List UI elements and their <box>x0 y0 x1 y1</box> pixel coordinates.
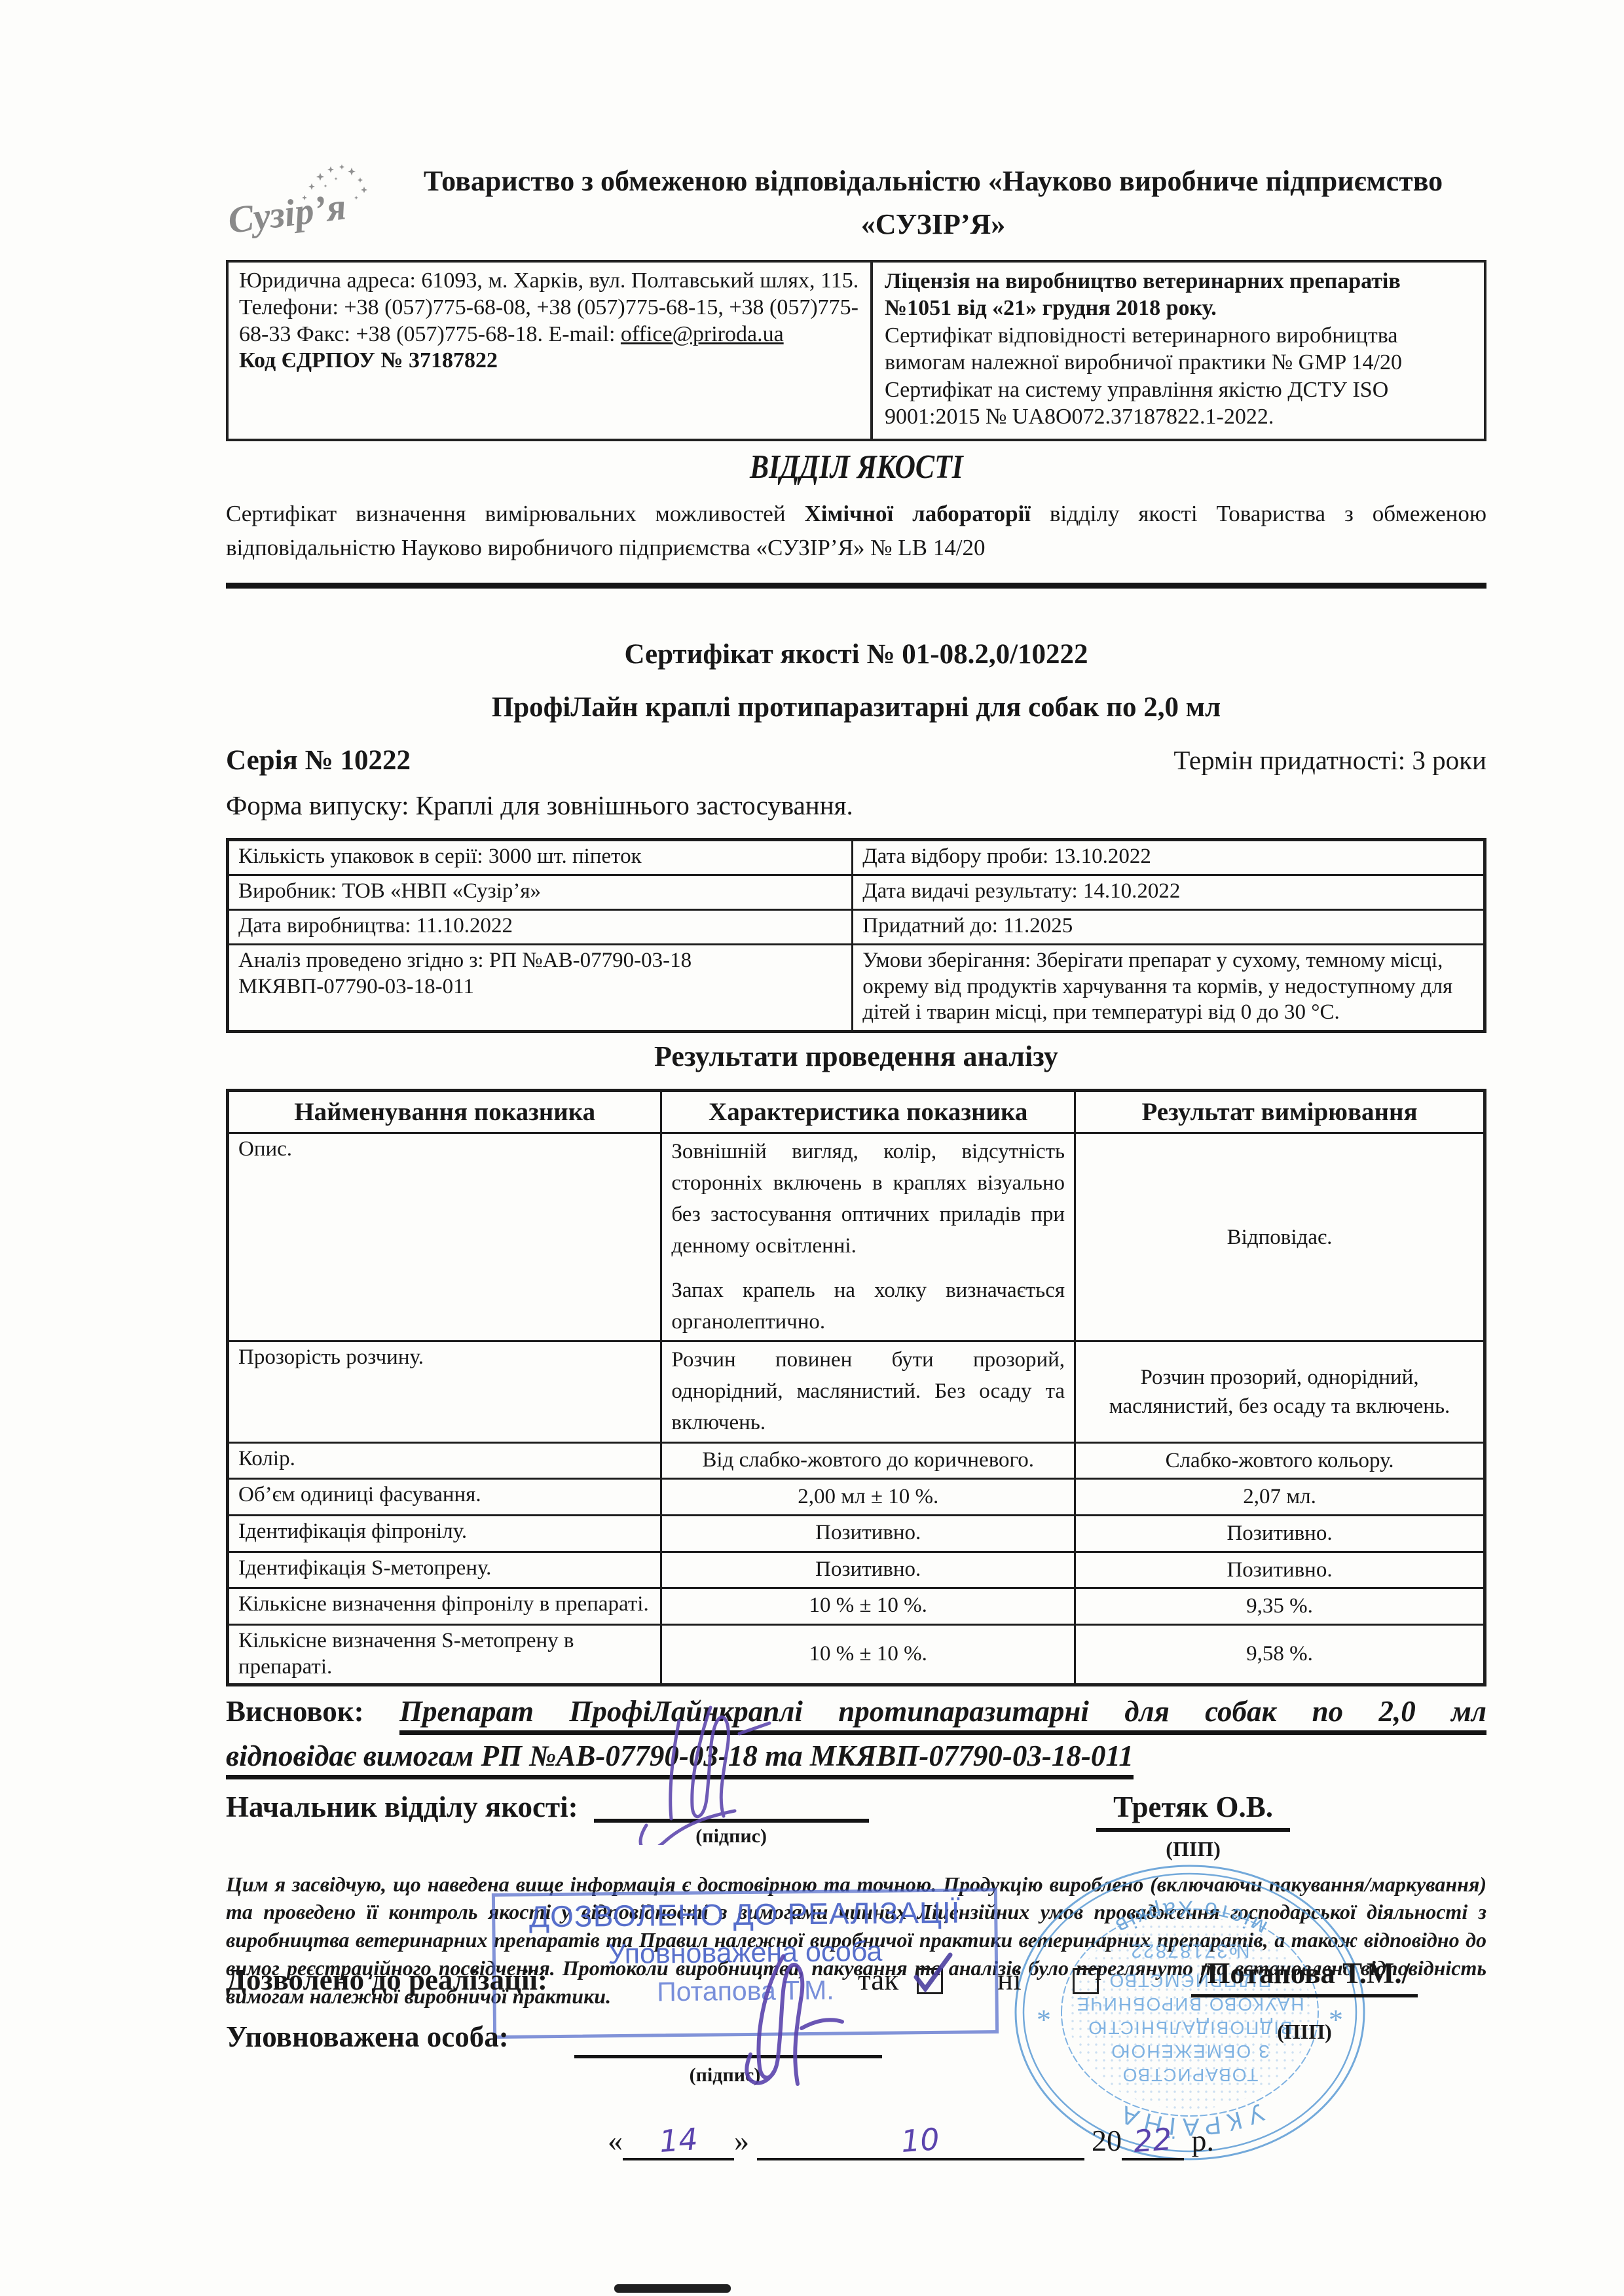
parameter-name: Об’єм одиниці фасування. <box>228 1479 661 1516</box>
company-title: Товариство з обмеженою відповідальністю … <box>380 157 1486 259</box>
table-row: Кількість упаковок в серії: 3000 шт. піп… <box>228 839 1485 875</box>
analysis-standard: Аналіз проведено згідно з: РП №АВ-07790-… <box>228 944 853 1032</box>
handwritten-month: 10 <box>900 2121 940 2159</box>
table-row: Дата виробництва: 11.10.2022 Придатний д… <box>228 909 1485 944</box>
table-row: Виробник: ТОВ «НВП «Сузір’я» Дата видачі… <box>228 875 1485 909</box>
authorized-name-area: /Потапова Т.М./ (ПІП) <box>1141 1956 1468 2044</box>
authorized-name: /Потапова Т.М./ <box>1191 1956 1418 1997</box>
production-date: Дата виробництва: 11.10.2022 <box>228 909 853 944</box>
expiry-date: Придатний до: 11.2025 <box>853 909 1485 944</box>
shelf-life: Термін придатності: 3 роки <box>1173 744 1486 776</box>
table-row: Ідентифікація S-метопрену. Позитивно. По… <box>228 1552 1485 1588</box>
release-form: Форма випуску: Краплі для зовнішнього за… <box>226 790 1486 821</box>
parameter-spec: 2,00 мл ± 10 %. <box>661 1479 1075 1516</box>
open-quote: « <box>608 2124 623 2157</box>
measurement-prefix: Сертифікат визначення вимірювальних можл… <box>226 501 804 526</box>
parameter-result: Позитивно. <box>1075 1552 1485 1588</box>
table-row: Прозорість розчину. Розчин повинен бути … <box>228 1341 1485 1443</box>
series-number: Серія № 10222 <box>226 744 411 776</box>
email-text: office@priroda.ua <box>621 322 784 346</box>
gmp-certificate: Сертифікат відповідності ветеринарного в… <box>885 322 1472 376</box>
column-header-parameter: Найменування показника <box>228 1091 661 1133</box>
table-row: Колір. Від слабко-жовтого до коричневого… <box>228 1442 1485 1479</box>
yes-checkmark <box>907 1947 958 1998</box>
authorized-person-row: Уповноважена особа: (підпис) <box>226 2020 1143 2111</box>
head-signoff-row: Начальник відділу якості: (підпис) Третя… <box>226 1786 1486 1861</box>
product-name: ПрофіЛайн краплі протипаразитарні для со… <box>226 691 1486 723</box>
release-no-label: ні <box>997 1963 1022 1997</box>
result-issue-date: Дата видачі результату: 14.10.2022 <box>853 875 1485 909</box>
parameter-spec: Позитивно. <box>661 1516 1075 1552</box>
table-row: Аналіз проведено згідно з: РП №АВ-07790-… <box>228 944 1485 1032</box>
parameter-name: Кількісне визначення фіпронілу в препара… <box>228 1588 661 1625</box>
conclusion-text: Препарат ПрофіЛайнкраплі протипаразитарн… <box>399 1695 1486 1735</box>
certificate-document: Сузір’я Товариство з обмеженою відповіда… <box>0 0 1624 2296</box>
parameter-result: Відповідає. <box>1075 1133 1485 1341</box>
table-row: Кількісне визначення S-метопрену в препа… <box>228 1624 1485 1685</box>
legal-address: Юридична адреса: 61093, м. Харків, вул. … <box>239 268 858 293</box>
parameter-result: Позитивно. <box>1075 1516 1485 1552</box>
parameter-name: Кількісне визначення S-метопрену в препа… <box>228 1624 661 1685</box>
scan-artifact <box>614 2284 731 2293</box>
parameter-name: Ідентифікація S-метопрену. <box>228 1552 661 1588</box>
company-logo: Сузір’я <box>226 157 380 259</box>
parameter-spec: 10 % ± 10 %. <box>661 1588 1075 1625</box>
stamp-line-approved: ДОЗВОЛЕНО ДО РЕАЛІЗАЦІЇ <box>495 1894 995 1935</box>
head-of-quality-label: Начальник відділу якості: <box>226 1786 578 1824</box>
authorized-person-label: Уповноважена особа: <box>226 2020 509 2054</box>
head-name-area: Третяк О.В. (ПІП) <box>1096 1786 1290 1861</box>
head-name: Третяк О.В. <box>1096 1790 1290 1832</box>
column-header-result: Результат вимірювання <box>1075 1091 1485 1133</box>
company-title-line2: «СУЗІР’Я» <box>380 203 1486 246</box>
parameter-name: Опис. <box>228 1133 661 1341</box>
table-row: Ідентифікація фіпронілу. Позитивно. Пози… <box>228 1516 1485 1552</box>
results-heading: Результати проведення аналізу <box>226 1040 1486 1073</box>
measurement-certificate-paragraph: Сертифікат визначення вимірювальних можл… <box>226 497 1486 566</box>
spec-paragraph: Запах крапель на холку визначається орга… <box>671 1275 1065 1338</box>
name-caption: (ПІП) <box>1096 1837 1290 1861</box>
storage-conditions: Умови зберігання: Зберігати препарат у с… <box>853 944 1485 1032</box>
table-header-row: Найменування показника Характеристика по… <box>228 1091 1485 1133</box>
date-year-field: 22 <box>1122 2123 1184 2160</box>
parameter-spec: Від слабко-жовтого до коричневого. <box>661 1442 1075 1479</box>
conclusion-line1: Висновок: Препарат ПрофіЛайнкраплі проти… <box>226 1694 1486 1728</box>
batch-details-table: Кількість упаковок в серії: 3000 шт. піп… <box>226 838 1486 1034</box>
authorized-signature-ink <box>685 1950 881 2100</box>
year-suffix: р. <box>1192 2124 1215 2157</box>
production-license: Ліцензія на виробництво ветеринарних пре… <box>885 268 1472 322</box>
certificate-title: Сертифікат якості № 01-08.2,0/10222 <box>226 638 1486 670</box>
date-line: «14» 10 2022 р. <box>608 2123 1214 2160</box>
document-header: Сузір’я Товариство з обмеженою відповіда… <box>226 157 1486 259</box>
close-quote: » <box>734 2124 749 2157</box>
sampling-date: Дата відбору проби: 13.10.2022 <box>853 839 1485 875</box>
head-signature-ink <box>600 1694 823 1845</box>
conclusion-line2: відповідає вимогам РП №АВ-07790-03-18 та… <box>226 1739 1486 1773</box>
document-content: Сузір’я Товариство з обмеженою відповіда… <box>226 0 1486 2011</box>
parameter-result: Розчин прозорий, однорідний, маслянистий… <box>1075 1341 1485 1443</box>
iso-certificate: Сертифікат на систему управління якістю … <box>885 376 1472 431</box>
parameter-spec: 10 % ± 10 %. <box>661 1624 1075 1685</box>
date-month-field: 10 <box>757 2123 1084 2160</box>
column-header-specification: Характеристика показника <box>661 1091 1075 1133</box>
measurement-lab-name: Хімічної лабораторії <box>804 501 1031 526</box>
edrpou-code: Код ЄДРПОУ № 37187822 <box>239 348 498 373</box>
license-cell: Ліцензія на виробництво ветеринарних пре… <box>873 263 1484 439</box>
parameter-result: 9,58 %. <box>1075 1624 1485 1685</box>
parameter-result: 9,35 %. <box>1075 1588 1485 1625</box>
section-divider <box>226 583 1486 589</box>
conclusion-label: Висновок: <box>226 1695 364 1728</box>
logo-stars-icon: Сузір’я <box>226 157 380 255</box>
date-day-field: 14 <box>623 2123 734 2160</box>
table-row: Кількісне визначення фіпронілу в препара… <box>228 1588 1485 1625</box>
release-no-checkbox[interactable] <box>1073 1968 1099 1994</box>
year-century: 20 <box>1092 2124 1122 2157</box>
table-row: Об’єм одиниці фасування. 2,00 мл ± 10 %.… <box>228 1479 1485 1516</box>
packs-in-series: Кількість упаковок в серії: 3000 шт. піп… <box>228 839 853 875</box>
name-caption: (ПІП) <box>1141 2020 1468 2044</box>
handwritten-year: 22 <box>1132 2121 1173 2159</box>
parameter-name: Ідентифікація фіпронілу. <box>228 1516 661 1552</box>
parameter-spec: Розчин повинен бути прозорий, однорідний… <box>661 1341 1075 1443</box>
conclusion-block: Висновок: Препарат ПрофіЛайнкраплі проти… <box>226 1694 1486 1773</box>
parameter-result: Слабко-жовтого кольору. <box>1075 1442 1485 1479</box>
parameter-name: Прозорість розчину. <box>228 1341 661 1443</box>
table-row: Опис. Зовнішній вигляд, колір, відсутніс… <box>228 1133 1485 1341</box>
parameter-spec: Зовнішній вигляд, колір, відсутність сто… <box>661 1133 1075 1341</box>
handwritten-day: 14 <box>658 2121 699 2159</box>
logo-wordmark: Сузір’я <box>226 185 348 242</box>
parameter-name: Колір. <box>228 1442 661 1479</box>
analysis-results-table: Найменування показника Характеристика по… <box>226 1089 1486 1686</box>
contacts-cell: Юридична адреса: 61093, м. Харків, вул. … <box>229 263 873 439</box>
contacts-license-box: Юридична адреса: 61093, м. Харків, вул. … <box>226 260 1486 441</box>
spec-paragraph: Зовнішній вигляд, колір, відсутність сто… <box>671 1137 1065 1262</box>
parameter-spec: Позитивно. <box>661 1552 1075 1588</box>
head-signature-area: (підпис) <box>594 1786 869 1848</box>
series-row: Серія № 10222 Термін придатності: 3 роки <box>226 744 1486 776</box>
quality-department-heading-text: ВІДДІЛ ЯКОСТІ <box>750 448 963 486</box>
release-label: Дозволено до реалізації: <box>226 1963 547 1997</box>
parameter-result: 2,07 мл. <box>1075 1479 1485 1516</box>
manufacturer: Виробник: ТОВ «НВП «Сузір’я» <box>228 875 853 909</box>
company-title-line1: Товариство з обмеженою відповідальністю … <box>380 160 1486 203</box>
quality-department-heading: ВІДДІЛ ЯКОСТІ <box>226 448 1486 486</box>
